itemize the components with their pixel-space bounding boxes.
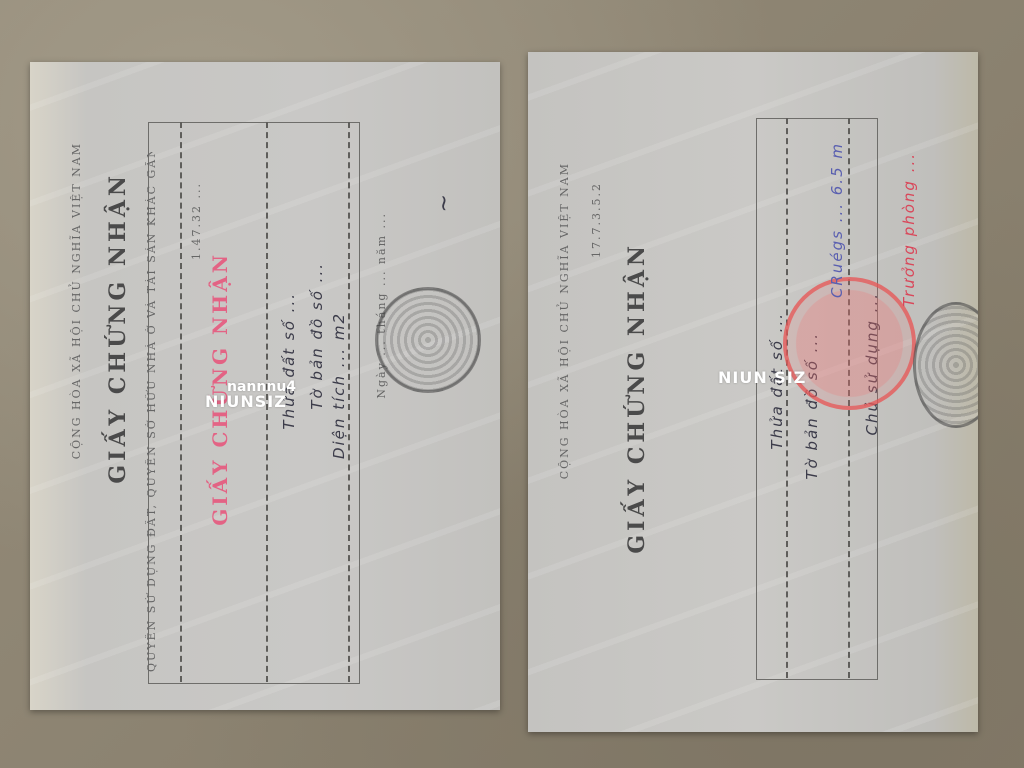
serial-number: 17.7.3.5.2 [590, 182, 603, 258]
official-seal [375, 287, 481, 393]
handwritten-line: Tờ bản đồ số ... [308, 262, 326, 410]
dashed-line [180, 122, 182, 682]
blue-note: CRuégs ... 6.5 m [828, 142, 846, 298]
watermark-bottom-text: NIUNSIZ [205, 394, 296, 410]
handwritten-line: Diện tích ... m2 [330, 312, 348, 459]
serial-number: 1.47.32 ... [190, 182, 203, 260]
dashed-line [786, 118, 788, 678]
red-signature: Trưởng phòng ... [900, 152, 918, 307]
dashed-line [348, 122, 350, 682]
certificate-title: GIẤY CHỨNG NHẬN [105, 172, 131, 484]
national-header: CỘNG HÒA XÃ HỘI CHỦ NGHĨA VIỆT NAM [558, 162, 571, 479]
watermark-bottom-text: NIUN SIZ [718, 370, 806, 386]
watermark: nannnu4 NIUNSIZ [205, 380, 296, 410]
signature: ~ [432, 192, 457, 212]
certificate-subtitle: QUYỀN SỬ DỤNG ĐẤT, QUYỀN SỞ HỮU NHÀ Ở VÀ… [145, 152, 158, 672]
right-certificate-page: CỘNG HÒA XÃ HỘI CHỦ NGHĨA VIỆT NAM 17.7.… [528, 52, 978, 732]
red-stamp [783, 277, 916, 410]
certificate-title: GIẤY CHỨNG NHẬN [624, 242, 650, 554]
watermark: NIUN SIZ [718, 370, 806, 386]
national-header: CỘNG HÒA XÃ HỘI CHỦ NGHĨA VIỆT NAM [70, 142, 83, 459]
